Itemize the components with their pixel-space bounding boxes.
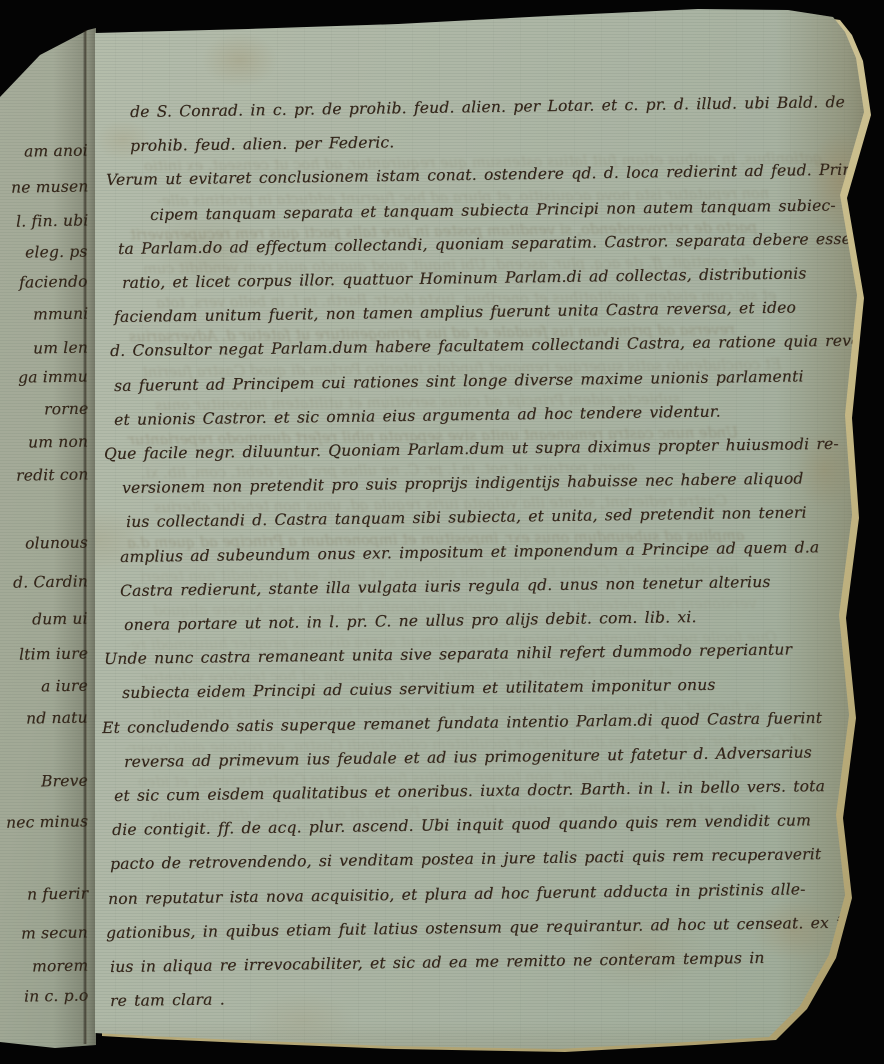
facing-page-fragment: Breve bbox=[41, 772, 88, 791]
facing-page-edge: am anoine musenl. fin. ubieleg. psfacien… bbox=[0, 0, 96, 1064]
facing-page-fragment: n fuerir bbox=[27, 884, 88, 903]
manuscript-line: reversa ad primevum ius feudale et ad iu… bbox=[124, 743, 812, 771]
manuscript-line: Castra redierunt, stante illa vulgata iu… bbox=[120, 573, 771, 600]
facing-page-fragment: m secun bbox=[21, 923, 88, 942]
facing-page-fragment: morem bbox=[32, 957, 89, 976]
facing-page-fragment: d. Cardin bbox=[13, 572, 88, 591]
facing-page-fragment: ltim iure bbox=[19, 644, 88, 663]
facing-page-fragment: eleg. ps bbox=[25, 242, 88, 261]
manuscript-line: de S. Conrad. in c. pr. de prohib. feud.… bbox=[130, 93, 845, 121]
manuscript-line: Et concludendo satis superque remanet fu… bbox=[102, 709, 822, 737]
manuscript-line: sa fuerunt ad Principem cui rationes sin… bbox=[114, 367, 804, 395]
manuscript-line: d. Consultor negat Parlam.dum habere fac… bbox=[110, 332, 874, 361]
facing-page-fragment: nec minus bbox=[6, 812, 88, 831]
facing-page-fragment: faciendo bbox=[19, 272, 88, 291]
facing-page-fragment: am anoi bbox=[24, 141, 88, 160]
facing-page-fragment: um len bbox=[33, 339, 88, 358]
facing-page-fragment: olunous bbox=[25, 533, 88, 552]
facing-page-fragment: in c. p.o bbox=[23, 986, 88, 1005]
manuscript-line: onera portare ut not. in l. pr. C. ne ul… bbox=[124, 608, 697, 634]
manuscript-line: re tam clara . bbox=[110, 991, 225, 1011]
facing-page-fragment: ga immu bbox=[18, 367, 88, 386]
manuscript-line: et unionis Castror. et sic omnia eius ar… bbox=[114, 402, 721, 428]
manuscript-line: faciendam unitum fuerit, non tamen ampli… bbox=[114, 299, 796, 327]
facing-page-fragment: ne musen bbox=[10, 177, 88, 196]
manuscript-line: amplius ad subeundum onus exr. impositum… bbox=[120, 538, 820, 566]
facing-page-fragment: mmuni bbox=[33, 305, 89, 324]
manuscript-line: ratio, et licet corpus illor. quattuor H… bbox=[122, 264, 807, 292]
manuscript-line: subiecta eidem Principi ad cuius serviti… bbox=[122, 676, 716, 702]
facing-page-fragment: nd natu bbox=[26, 708, 88, 727]
manuscript-line: Verum ut evitaret conclusionem istam con… bbox=[106, 161, 858, 189]
manuscript-line: pacto de retrovendendo, si venditam post… bbox=[110, 845, 822, 873]
facing-page-fragment: l. fin. ubi bbox=[15, 211, 88, 230]
manuscript-line: Unde nunc castra remaneant unita sive se… bbox=[104, 641, 792, 669]
manuscript-page: gationibus, in quibus etiam fuit latius … bbox=[88, 0, 870, 1064]
manuscript-line: non reputatur ista nova acquisitio, et p… bbox=[108, 880, 806, 908]
manuscript-line: ius collectandi d. Castra tanquam sibi s… bbox=[126, 504, 807, 532]
facing-page-fragment: um non bbox=[28, 432, 88, 451]
manuscript-line: ta Parlam.do ad effectum collectandi, qu… bbox=[118, 230, 851, 258]
facing-page-fragment: redit con bbox=[15, 465, 88, 484]
manuscript-line: Que facile negr. diluuntur. Quoniam Parl… bbox=[104, 435, 839, 463]
manuscript-line: gationibus, in quibus etiam fuit latius … bbox=[106, 913, 878, 942]
manuscript-line: cipem tanquam separata et tanquam subiec… bbox=[150, 196, 836, 224]
manuscript-photo: am anoine musenl. fin. ubieleg. psfacien… bbox=[0, 0, 884, 1064]
manuscript-line: prohib. feud. alien. per Federic. bbox=[130, 133, 395, 155]
manuscript-line: die contigit. ff. de acq. plur. ascend. … bbox=[112, 811, 811, 839]
manuscript-line: versionem non pretendit pro suis proprij… bbox=[122, 470, 804, 498]
binding-crease bbox=[83, 30, 87, 1044]
facing-page-fragment: a iure bbox=[41, 677, 88, 696]
facing-page-fragment: rorne bbox=[44, 400, 89, 419]
manuscript-line: ius in aliqua re irrevocabiliter, et sic… bbox=[110, 949, 765, 976]
handwritten-text-layer: de S. Conrad. in c. pr. de prohib. feud.… bbox=[88, 0, 870, 1064]
facing-page-fragment: dum ui bbox=[32, 610, 88, 629]
manuscript-line: et sic cum eisdem qualitatibus et onerib… bbox=[114, 777, 825, 805]
